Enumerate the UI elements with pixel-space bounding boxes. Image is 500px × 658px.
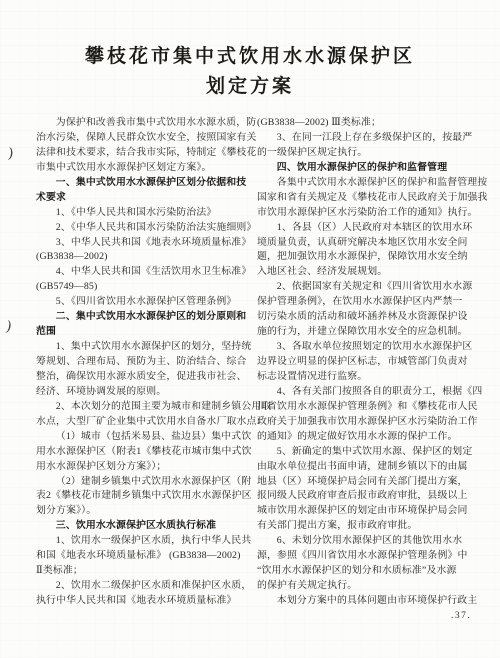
margin-mark-2: ) [5, 320, 13, 335]
text-line: 筹规划、合理布局、预防为主、防治结合、综合 [36, 355, 252, 370]
text-line: 2、《中华人民共和国水污染防治法实施细则》 [36, 221, 252, 236]
document-page: 攀枝花市集中式饮用水水源保护区 划定方案 为保护和改善我市集中式饮用水水源水质，… [0, 0, 500, 658]
text-line: 和国《地表水环境质量标准》 (GB3838—2002) [36, 549, 252, 564]
text-line: 执行中华人民共和国《地表水环境质量标准》 [36, 594, 252, 609]
left-column: 为保护和改善我市集中式饮用水水源水质，防治水污染，保障人民群众饮水安全，按照国家… [36, 116, 252, 609]
text-line: 5、《四川省饮用水水源保护区管理条例》 [36, 295, 252, 310]
text-line: 城市饮用水源保护区的划定由市环境保护局会同 [257, 504, 473, 519]
text-line: 法律和技术要求，结合我市实际，特制定《攀枝花 [36, 146, 252, 161]
text-line: (GB3838—2002) Ⅲ类标准； [257, 116, 473, 131]
text-line: 施的行为，并建立保障饮用水安全的应急机制。 [257, 325, 473, 340]
text-line: 保护管理条例》，在饮用水水源保护区内严禁一 [257, 295, 473, 310]
text-line: 的一级保护区规定执行。 [257, 146, 473, 161]
text-line: 由取水单位提出书面申请，建制乡镇以下的由属 [257, 460, 473, 475]
text-line: 3、在同一江段上存在多级保护区的，按最严 [257, 131, 473, 146]
margin-mark-1: ) [7, 147, 14, 162]
text-line: 市集中式饮用水水源保护区划定方案》。 [36, 161, 252, 176]
page-number: .37. [451, 611, 471, 621]
ink-speck [139, 47, 142, 49]
text-line: (GB5749—85) [36, 280, 252, 295]
text-line: （2）建制乡镇集中式饮用水水源保护区（附 [36, 475, 252, 490]
text-line: Ⅱ类标准； [36, 564, 252, 579]
text-line: 2、本次划分的范围主要为城市和建制乡镇公用取 [36, 400, 252, 415]
text-line: 报同级人民政府审查后报市政府审批，县级以上 [257, 489, 473, 504]
title-line-2: 划定方案 [0, 72, 500, 102]
text-line: 境质量负责，认真研究解决本地区饮用水安全问 [257, 236, 473, 251]
text-line: 的通知》的规定做好饮用水水源的保护工作。 [257, 430, 473, 445]
heading-line: 二、集中式饮用水水源保护区的划分原则和 [36, 310, 252, 325]
text-line: 市饮用水源保护区水污染防治工作的通知》执行。 [257, 206, 473, 221]
right-column: (GB3838—2002) Ⅲ类标准；3、在同一江段上存在多级保护区的，按最严的… [257, 116, 473, 609]
text-line: 政府关于加强我市饮用水源保护区水污染防治工作 [257, 415, 473, 430]
document-title: 攀枝花市集中式饮用水水源保护区 划定方案 [0, 42, 500, 102]
text-line: 各集中式饮用水水源保护区的保护和监督管理按 [257, 176, 473, 191]
text-line: 川省饮用水水源保护管理条例》和《攀枝花市人民 [257, 400, 473, 415]
text-line: 4、各有关部门按照各自的职责分工，根据《四 [257, 385, 473, 400]
heading-line: 术要求 [36, 191, 252, 206]
title-line-1: 攀枝花市集中式饮用水水源保护区 [0, 42, 500, 72]
text-line: 切污染水质的活动和破坏涵养林及水资源保护设 [257, 310, 473, 325]
text-line: 2、饮用水二级保护区水质和准保护区水质， [36, 579, 252, 594]
text-line: 1、集中式饮用水水源保护区的划分，坚持统 [36, 340, 252, 355]
text-line: 2、依据国家有关规定和《四川省饮用水水源 [257, 280, 473, 295]
text-line: 3、各取水单位按照划定的饮用水水源保护区 [257, 340, 473, 355]
text-line: 标志设置情况进行监察。 [257, 370, 473, 385]
heading-line: 三、饮用水水源保护区水质执行标准 [36, 519, 252, 534]
text-line: 地县（区）环境保护局会同有关部门提出方案， [257, 475, 473, 490]
text-line: (GB3838—2002) [36, 250, 252, 265]
text-line: 的保护有关规定执行。 [257, 579, 473, 594]
text-line: 整治，确保饮用水源水质安全，促进我市社会、 [36, 370, 252, 385]
text-line: 国家和省有关规定及《攀枝花市人民政府关于加强我 [257, 191, 473, 206]
text-line: “饮用水水源保护区的划分和水质标准”及水源 [257, 564, 473, 579]
text-line: 表2《攀枝花市建制乡镇集中式饮用水水源保护区 [36, 489, 252, 504]
text-line: 治水污染，保障人民群众饮水安全，按照国家有关 [36, 131, 252, 146]
heading-line: 四、饮用水源保护区的保护和监督管理 [257, 161, 473, 176]
text-line: 有关部门提出方案，报市政府审批。 [257, 519, 473, 534]
text-line: 1、《中华人民共和国水污染防治法》 [36, 206, 252, 221]
text-line: 本划分方案中的具体问题由市环境保护行政主 [257, 594, 473, 609]
text-line: 4、中华人民共和国《生活饮用水卫生标准》 [36, 265, 252, 280]
text-line: 源，参照《四川省饮用水水源保护管理条例》中 [257, 549, 473, 564]
text-line: 1、各县（区）人民政府对本辖区的饮用水环 [257, 221, 473, 236]
text-line: 划分方案》）。 [36, 504, 252, 519]
heading-line: 一、集中式饮用水水源保护区划分依据和技 [36, 176, 252, 191]
text-line: 3、中华人民共和国《地表水环境质量标准》 [36, 236, 252, 251]
text-line: 水点，大型厂矿企业集中式饮用水自备水厂取水点： [36, 415, 252, 430]
heading-line: 范围 [36, 325, 252, 340]
text-line: 5、新确定的集中式饮用水源、保护区的划定 [257, 445, 473, 460]
text-line: 题，把加强饮用水水源保护，保障饮用水安全纳 [257, 250, 473, 265]
text-line: 用水水源保护区（附表1《攀枝花市城市集中式饮 [36, 445, 252, 460]
text-line: （1）城市（包括米易县、盐边县）集中式饮 [36, 430, 252, 445]
text-line: 1、饮用水一级保护区水质，执行中华人民共 [36, 534, 252, 549]
text-line: 6、未划分饮用水源保护区的其他饮用水水 [257, 534, 473, 549]
text-line: 经济、环境协调发展的原则。 [36, 385, 252, 400]
text-line: 用水水源保护区划分方案》）； [36, 460, 252, 475]
text-line: 入地区社会、经济发展规划。 [257, 265, 473, 280]
text-line: 边界设立明显的保护区标志，市城管部门负责对 [257, 355, 473, 370]
text-line: 为保护和改善我市集中式饮用水水源水质，防 [36, 116, 252, 131]
